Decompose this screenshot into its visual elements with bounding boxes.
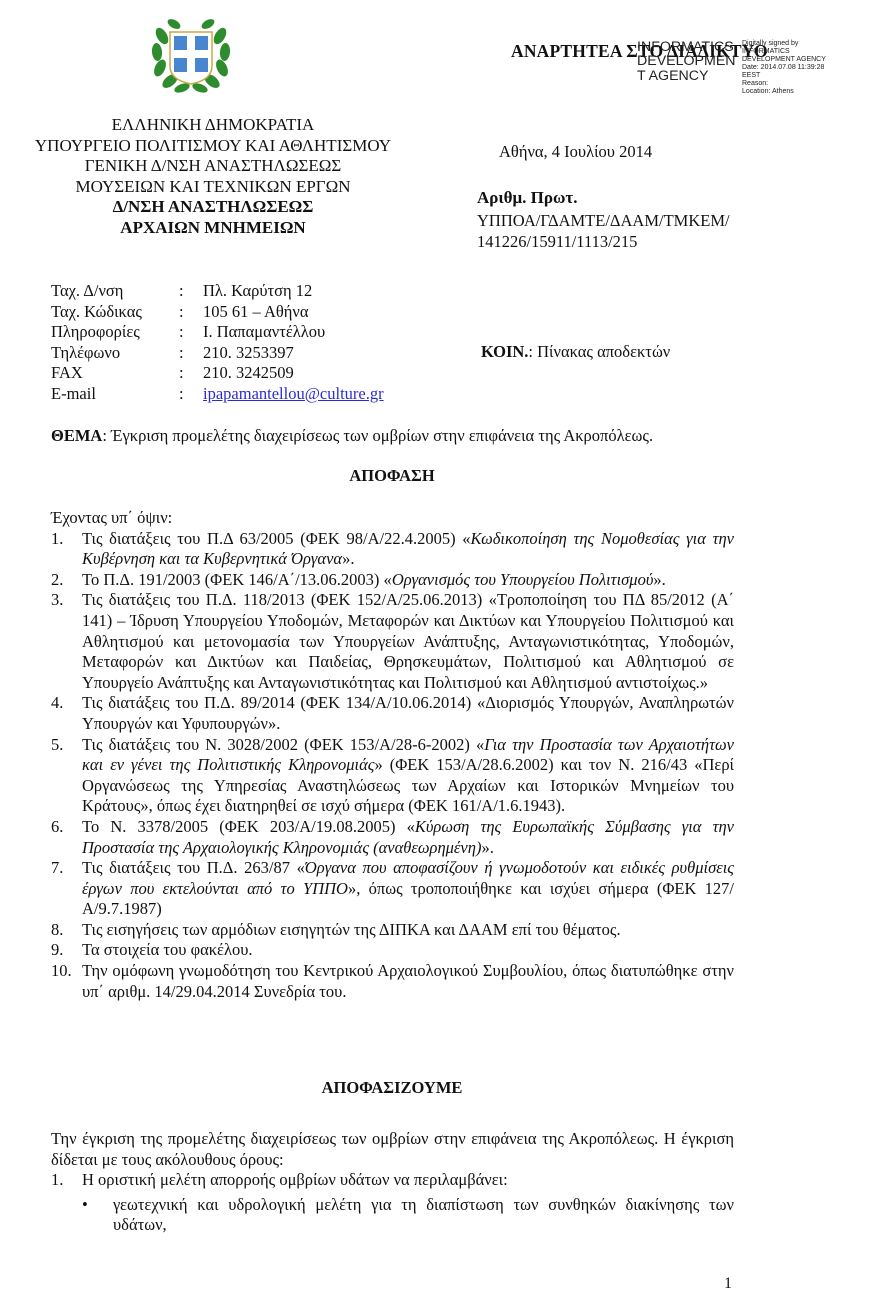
contact-label: Πληροφορίες bbox=[51, 322, 179, 343]
contact-separator: : bbox=[179, 302, 203, 323]
contact-row: Πληροφορίες:Ι. Παπαμαντέλλου bbox=[51, 322, 384, 343]
bullet-icon: • bbox=[82, 1195, 88, 1216]
cc-line: ΚΟΙΝ.: Πίνακας αποδεκτών bbox=[481, 342, 670, 362]
org-line: ΜΟΥΣΕΙΩΝ ΚΑΙ ΤΕΧΝΙΚΩΝ ΕΡΓΩΝ bbox=[0, 177, 426, 198]
considerations-section: Έχοντας υπ΄ όψιν: 1.Τις διατάξεις του Π.… bbox=[51, 508, 734, 1002]
consideration-item: 9.Τα στοιχεία του φακέλου. bbox=[51, 940, 734, 961]
item-text: Τις διατάξεις του Π.Δ 63/2005 (ΦΕΚ 98/Α/… bbox=[82, 529, 471, 548]
protocol-number-line: 141226/15911/1113/215 bbox=[477, 231, 730, 252]
considerations-list: 1.Τις διατάξεις του Π.Δ 63/2005 (ΦΕΚ 98/… bbox=[51, 529, 734, 1003]
consideration-item: 7.Τις διατάξεις του Π.Δ. 263/87 «Όργανα … bbox=[51, 858, 734, 920]
contact-value: 105 61 – Αθήνα bbox=[203, 302, 384, 323]
contact-separator: : bbox=[179, 363, 203, 384]
item-number: 10. bbox=[51, 961, 72, 982]
contact-separator: : bbox=[179, 384, 203, 405]
signature-signer-line: INFORMATICS bbox=[637, 40, 736, 54]
item-number: 8. bbox=[51, 920, 63, 941]
item-text: Τα στοιχεία του φακέλου. bbox=[82, 940, 253, 959]
term-text: Η οριστική μελέτη απορροής ομβρίων υδάτω… bbox=[82, 1170, 508, 1189]
greek-coat-of-arms-icon bbox=[150, 14, 232, 94]
item-number: 6. bbox=[51, 817, 63, 838]
consideration-item: 6.Το Ν. 3378/2005 (ΦΕΚ 203/Α/19.08.2005)… bbox=[51, 817, 734, 858]
item-text: Τις εισηγήσεις των αρμόδιων εισηγητών τη… bbox=[82, 920, 621, 939]
signature-detail-line: Reason: bbox=[742, 80, 826, 88]
consideration-item: 10.Την ομόφωνη γνωμοδότηση του Κεντρικού… bbox=[51, 961, 734, 1002]
contact-label: Ταχ. Δ/νση bbox=[51, 281, 179, 302]
signature-detail-line: DEVELOPMENT AGENCY bbox=[742, 56, 826, 64]
signature-signer-line: T AGENCY bbox=[637, 69, 736, 83]
contact-separator: : bbox=[179, 322, 203, 343]
item-number: 7. bbox=[51, 858, 63, 879]
item-number: 9. bbox=[51, 940, 63, 961]
item-number: 2. bbox=[51, 570, 63, 591]
subject-line: ΘΕΜΑ: Έγκριση προμελέτης διαχειρίσεως τω… bbox=[51, 426, 653, 446]
page-number: 1 bbox=[724, 1275, 732, 1293]
approval-section: Την έγκριση της προμελέτης διαχειρίσεως … bbox=[51, 1129, 734, 1236]
signature-detail-line: EEST bbox=[742, 72, 826, 80]
contact-table: Ταχ. Δ/νση:Πλ. Καρύτση 12Ταχ. Κώδικας:10… bbox=[51, 281, 384, 404]
item-text: Τις διατάξεις του Π.Δ. 89/2014 (ΦΕΚ 134/… bbox=[82, 693, 734, 733]
terms-list: 1.Η οριστική μελέτη απορροής ομβρίων υδά… bbox=[51, 1170, 734, 1236]
considerations-intro: Έχοντας υπ΄ όψιν: bbox=[51, 508, 734, 529]
contact-value: ipapamantellou@culture.gr bbox=[203, 384, 384, 405]
organization-header: ΕΛΛΗΝΙΚΗ ΔΗΜΟΚΡΑΤΙΑ ΥΠΟΥΡΓΕΙΟ ΠΟΛΙΤΙΣΜΟΥ… bbox=[0, 115, 426, 238]
item-text: Τις διατάξεις του Ν. 3028/2002 (ΦΕΚ 153/… bbox=[82, 735, 484, 754]
contact-value: Πλ. Καρύτση 12 bbox=[203, 281, 384, 302]
item-number: 1. bbox=[51, 1170, 63, 1191]
contact-row: Τηλέφωνο:210. 3253397 bbox=[51, 343, 384, 364]
item-number: 3. bbox=[51, 590, 63, 611]
org-line: ΓΕΝΙΚΗ Δ/ΝΣΗ ΑΝΑΣΤΗΛΩΣΕΩΣ bbox=[0, 156, 426, 177]
contact-label: FAX bbox=[51, 363, 179, 384]
consideration-item: 4.Τις διατάξεις του Π.Δ. 89/2014 (ΦΕΚ 13… bbox=[51, 693, 734, 734]
contact-row: E-mail:ipapamantellou@culture.gr bbox=[51, 384, 384, 405]
item-text: ». bbox=[342, 549, 354, 568]
decision-heading: ΑΠΟΦΑΣΗ bbox=[0, 466, 784, 486]
signature-signer[interactable]: INFORMATICS DEVELOPMEN T AGENCY bbox=[637, 40, 736, 83]
signature-detail-line: Digitally signed by bbox=[742, 40, 826, 48]
contact-separator: : bbox=[179, 281, 203, 302]
consideration-item: 1.Τις διατάξεις του Π.Δ 63/2005 (ΦΕΚ 98/… bbox=[51, 529, 734, 570]
signature-details[interactable]: Digitally signed by INFORMATICS DEVELOPM… bbox=[742, 40, 826, 96]
item-number: 5. bbox=[51, 735, 63, 756]
item-text: ». bbox=[653, 570, 665, 589]
item-text: Το Π.Δ. 191/2003 (ΦΕΚ 146/Α΄/13.06.2003)… bbox=[82, 570, 392, 589]
protocol-number: ΥΠΠΟΑ/ΓΔΑΜΤΕ/ΔΑΑΜ/ΤΜΚΕΜ/ 141226/15911/11… bbox=[477, 210, 730, 252]
contact-label: Ταχ. Κώδικας bbox=[51, 302, 179, 323]
item-text: ». bbox=[481, 838, 493, 857]
consideration-item: 2.Το Π.Δ. 191/2003 (ΦΕΚ 146/Α΄/13.06.200… bbox=[51, 570, 734, 591]
cc-text: : Πίνακας αποδεκτών bbox=[528, 342, 670, 361]
item-text: Τις διατάξεις του Π.Δ. 263/87 « bbox=[82, 858, 305, 877]
item-number: 1. bbox=[51, 529, 63, 550]
term-bullet: •γεωτεχνική και υδρολογική μελέτη για τη… bbox=[51, 1195, 734, 1236]
protocol-number-line: ΥΠΠΟΑ/ΓΔΑΜΤΕ/ΔΑΑΜ/ΤΜΚΕΜ/ bbox=[477, 210, 730, 231]
item-text: Την ομόφωνη γνωμοδότηση του Κεντρικού Αρ… bbox=[82, 961, 734, 1001]
contact-separator: : bbox=[179, 343, 203, 364]
protocol-label: Αριθμ. Πρωτ. bbox=[477, 188, 578, 208]
org-line: ΥΠΟΥΡΓΕΙΟ ΠΟΛΙΤΙΣΜΟΥ ΚΑΙ ΑΘΛΗΤΙΣΜΟΥ bbox=[0, 136, 426, 157]
we-decide-heading: ΑΠΟΦΑΣΙΖΟΥΜΕ bbox=[0, 1078, 784, 1098]
contact-value: Ι. Παπαμαντέλλου bbox=[203, 322, 384, 343]
consideration-item: 8.Τις εισηγήσεις των αρμόδιων εισηγητών … bbox=[51, 920, 734, 941]
term-item: 1.Η οριστική μελέτη απορροής ομβρίων υδά… bbox=[51, 1170, 734, 1236]
signature-signer-line: DEVELOPMEN bbox=[637, 54, 736, 68]
org-line: ΑΡΧΑΙΩΝ ΜΝΗΜΕΙΩΝ bbox=[0, 218, 426, 239]
item-text-italic: Οργανισμός του Υπουργείου Πολιτισμού bbox=[392, 570, 654, 589]
item-text: Τις διατάξεις του Π.Δ. 118/2013 (ΦΕΚ 152… bbox=[82, 590, 734, 691]
subject-label: ΘΕΜΑ bbox=[51, 426, 102, 445]
subject-text: : Έγκριση προμελέτης διαχειρίσεως των ομ… bbox=[102, 426, 653, 445]
org-line: Δ/ΝΣΗ ΑΝΑΣΤΗΛΩΣΕΩΣ bbox=[0, 197, 426, 218]
consideration-item: 3.Τις διατάξεις του Π.Δ. 118/2013 (ΦΕΚ 1… bbox=[51, 590, 734, 693]
cc-label: ΚΟΙΝ. bbox=[481, 342, 528, 361]
signature-detail-line: INFORMATICS bbox=[742, 48, 826, 56]
document-date: Αθήνα, 4 Ιουλίου 2014 bbox=[499, 142, 652, 162]
item-number: 4. bbox=[51, 693, 63, 714]
bullet-text: γεωτεχνική και υδρολογική μελέτη για τη … bbox=[113, 1195, 734, 1235]
contact-label: Τηλέφωνο bbox=[51, 343, 179, 364]
contact-label: E-mail bbox=[51, 384, 179, 405]
contact-value: 210. 3242509 bbox=[203, 363, 384, 384]
item-text: Το Ν. 3378/2005 (ΦΕΚ 203/Α/19.08.2005) « bbox=[82, 817, 415, 836]
signature-detail-line: Date: 2014.07.08 11:39:28 bbox=[742, 64, 826, 72]
email-link[interactable]: ipapamantellou@culture.gr bbox=[203, 384, 384, 403]
org-line: ΕΛΛΗΝΙΚΗ ΔΗΜΟΚΡΑΤΙΑ bbox=[0, 115, 426, 136]
contact-row: Ταχ. Κώδικας:105 61 – Αθήνα bbox=[51, 302, 384, 323]
contact-value: 210. 3253397 bbox=[203, 343, 384, 364]
consideration-item: 5.Τις διατάξεις του Ν. 3028/2002 (ΦΕΚ 15… bbox=[51, 735, 734, 817]
signature-detail-line: Location: Athens bbox=[742, 88, 826, 96]
contact-row: Ταχ. Δ/νση:Πλ. Καρύτση 12 bbox=[51, 281, 384, 302]
approval-text: Την έγκριση της προμελέτης διαχειρίσεως … bbox=[51, 1129, 734, 1170]
contact-row: FAX:210. 3242509 bbox=[51, 363, 384, 384]
